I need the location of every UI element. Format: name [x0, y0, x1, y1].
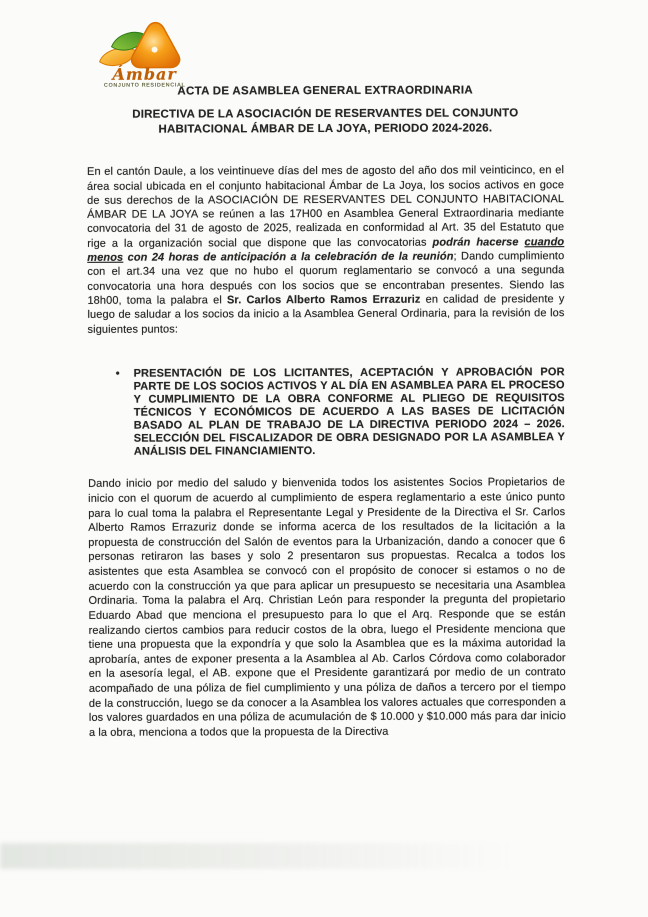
document-subtitle: DIRECTIVA DE LA ASOCIACIÓN DE RESERVANTE… — [105, 107, 545, 138]
body-paragraph: Dando inicio por medio del saludo y bien… — [88, 476, 566, 741]
agenda-list: • PRESENTACIÓN DE LOS LICITANTES, ACEPTA… — [88, 366, 565, 459]
agenda-item-text: PRESENTACIÓN DE LOS LICITANTES, ACEPTACI… — [134, 366, 565, 459]
agenda-item: • PRESENTACIÓN DE LOS LICITANTES, ACEPTA… — [116, 366, 565, 459]
document-sheet: Ámbar CONJUNTO RESIDENCIAL ACTA DE ASAMB… — [0, 0, 648, 917]
bullet-marker: • — [116, 368, 120, 381]
logo-brand-text: Ámbar — [89, 66, 201, 82]
ambar-logo: Ámbar CONJUNTO RESIDENCIAL — [88, 20, 200, 89]
opening-paragraph: En el cantón Daule, a los veintinueve dí… — [87, 163, 565, 336]
logo-tagline: CONJUNTO RESIDENCIAL — [89, 83, 201, 89]
scanned-document-page: Ámbar CONJUNTO RESIDENCIAL ACTA DE ASAMB… — [0, 0, 648, 917]
